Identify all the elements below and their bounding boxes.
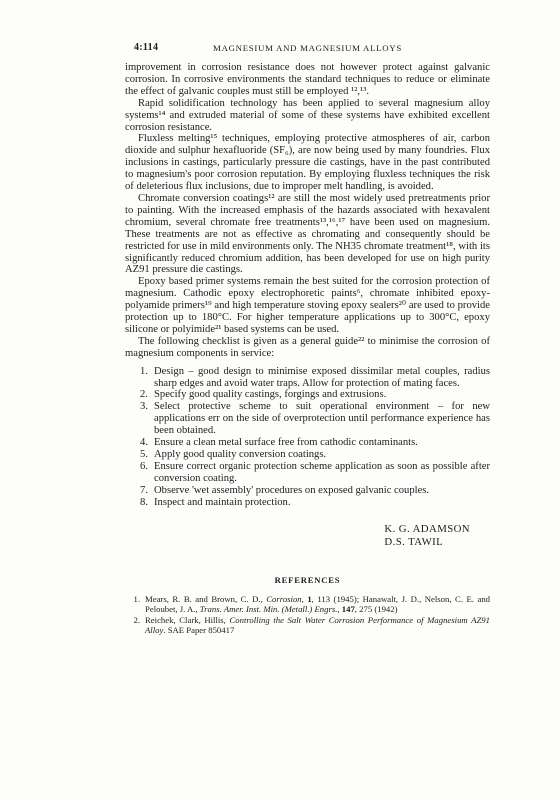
paragraph-epoxy-primers: Epoxy based primer systems remain the be… bbox=[125, 276, 490, 336]
checklist-item: 4. Ensure a clean metal surface free fro… bbox=[135, 437, 490, 449]
reference-item: 1. Mears, R. B. and Brown, C. D., Corros… bbox=[130, 594, 490, 615]
page-header: 4:114 MAGNESIUM AND MAGNESIUM ALLOYS bbox=[125, 42, 490, 55]
checklist-item: 5. Apply good quality conversion coating… bbox=[135, 449, 490, 461]
checklist-item: 6. Ensure correct organic protection sch… bbox=[135, 461, 490, 485]
author-name: D.S. TAWIL bbox=[384, 536, 470, 549]
item-number: 7. bbox=[135, 485, 148, 497]
page-number: 4:114 bbox=[134, 42, 158, 53]
reference-segment: Trans. Amer. Inst. Min. (Metall.) Engrs. bbox=[200, 604, 338, 614]
reference-number: 1. bbox=[130, 594, 140, 615]
paragraph-checklist-intro: The following checklist is given as a ge… bbox=[125, 336, 490, 360]
paragraph-rapid-solidification: Rapid solidification technology has been… bbox=[125, 98, 490, 134]
reference-text: Mears, R. B. and Brown, C. D., Corrosion… bbox=[145, 594, 490, 615]
item-number: 5. bbox=[135, 449, 148, 461]
author-name: K. G. ADAMSON bbox=[384, 523, 470, 536]
checklist-item: 8. Inspect and maintain protection. bbox=[135, 497, 490, 509]
paragraph-fluxless-melting: Fluxless melting¹⁵ techniques, employing… bbox=[125, 133, 490, 193]
item-number: 6. bbox=[135, 461, 148, 485]
checklist-item: 2. Specify good quality castings, forgin… bbox=[135, 389, 490, 401]
reference-segment: Corrosion bbox=[266, 594, 301, 604]
checklist: 1. Design – good design to minimise expo… bbox=[135, 366, 490, 509]
item-text: Observe 'wet assembly' procedures on exp… bbox=[154, 485, 490, 497]
document-page: 4:114 MAGNESIUM AND MAGNESIUM ALLOYS imp… bbox=[0, 0, 559, 800]
reference-segment: Mears, R. B. and Brown, C. D., bbox=[145, 594, 266, 604]
reference-item: 2. Reichek, Clark, Hillis, Controlling t… bbox=[130, 615, 490, 636]
item-text: Ensure correct organic protection scheme… bbox=[154, 461, 490, 485]
paragraph-continuation: improvement in corrosion resistance does… bbox=[125, 62, 490, 98]
item-number: 4. bbox=[135, 437, 148, 449]
checklist-item: 3. Select protective scheme to suit oper… bbox=[135, 401, 490, 437]
references-heading: REFERENCES bbox=[125, 575, 490, 585]
item-text: Inspect and maintain protection. bbox=[154, 497, 490, 509]
reference-segment: , 275 (1942) bbox=[355, 604, 398, 614]
item-text: Design – good design to minimise exposed… bbox=[154, 366, 490, 390]
reference-segment: 147 bbox=[342, 604, 355, 614]
item-text: Ensure a clean metal surface free from c… bbox=[154, 437, 490, 449]
reference-text: Reichek, Clark, Hillis, Controlling the … bbox=[145, 615, 490, 636]
item-text: Select protective scheme to suit operati… bbox=[154, 401, 490, 437]
reference-segment: Reichek, Clark, Hillis, bbox=[145, 615, 229, 625]
reference-segment: . SAE Paper 850417 bbox=[163, 625, 234, 635]
item-number: 8. bbox=[135, 497, 148, 509]
item-number: 2. bbox=[135, 389, 148, 401]
item-text: Specify good quality castings, forgings … bbox=[154, 389, 490, 401]
item-number: 3. bbox=[135, 401, 148, 437]
item-text: Apply good quality conversion coatings. bbox=[154, 449, 490, 461]
paragraph-chromate-coatings: Chromate conversion coatings¹² are still… bbox=[125, 193, 490, 276]
running-title: MAGNESIUM AND MAGNESIUM ALLOYS bbox=[125, 42, 490, 53]
checklist-item: 7. Observe 'wet assembly' procedures on … bbox=[135, 485, 490, 497]
checklist-item: 1. Design – good design to minimise expo… bbox=[135, 366, 490, 390]
reference-number: 2. bbox=[130, 615, 140, 636]
references-section: REFERENCES 1. Mears, R. B. and Brown, C.… bbox=[125, 575, 490, 635]
item-number: 1. bbox=[135, 366, 148, 390]
signature-block: K. G. ADAMSON D.S. TAWIL bbox=[384, 523, 470, 549]
